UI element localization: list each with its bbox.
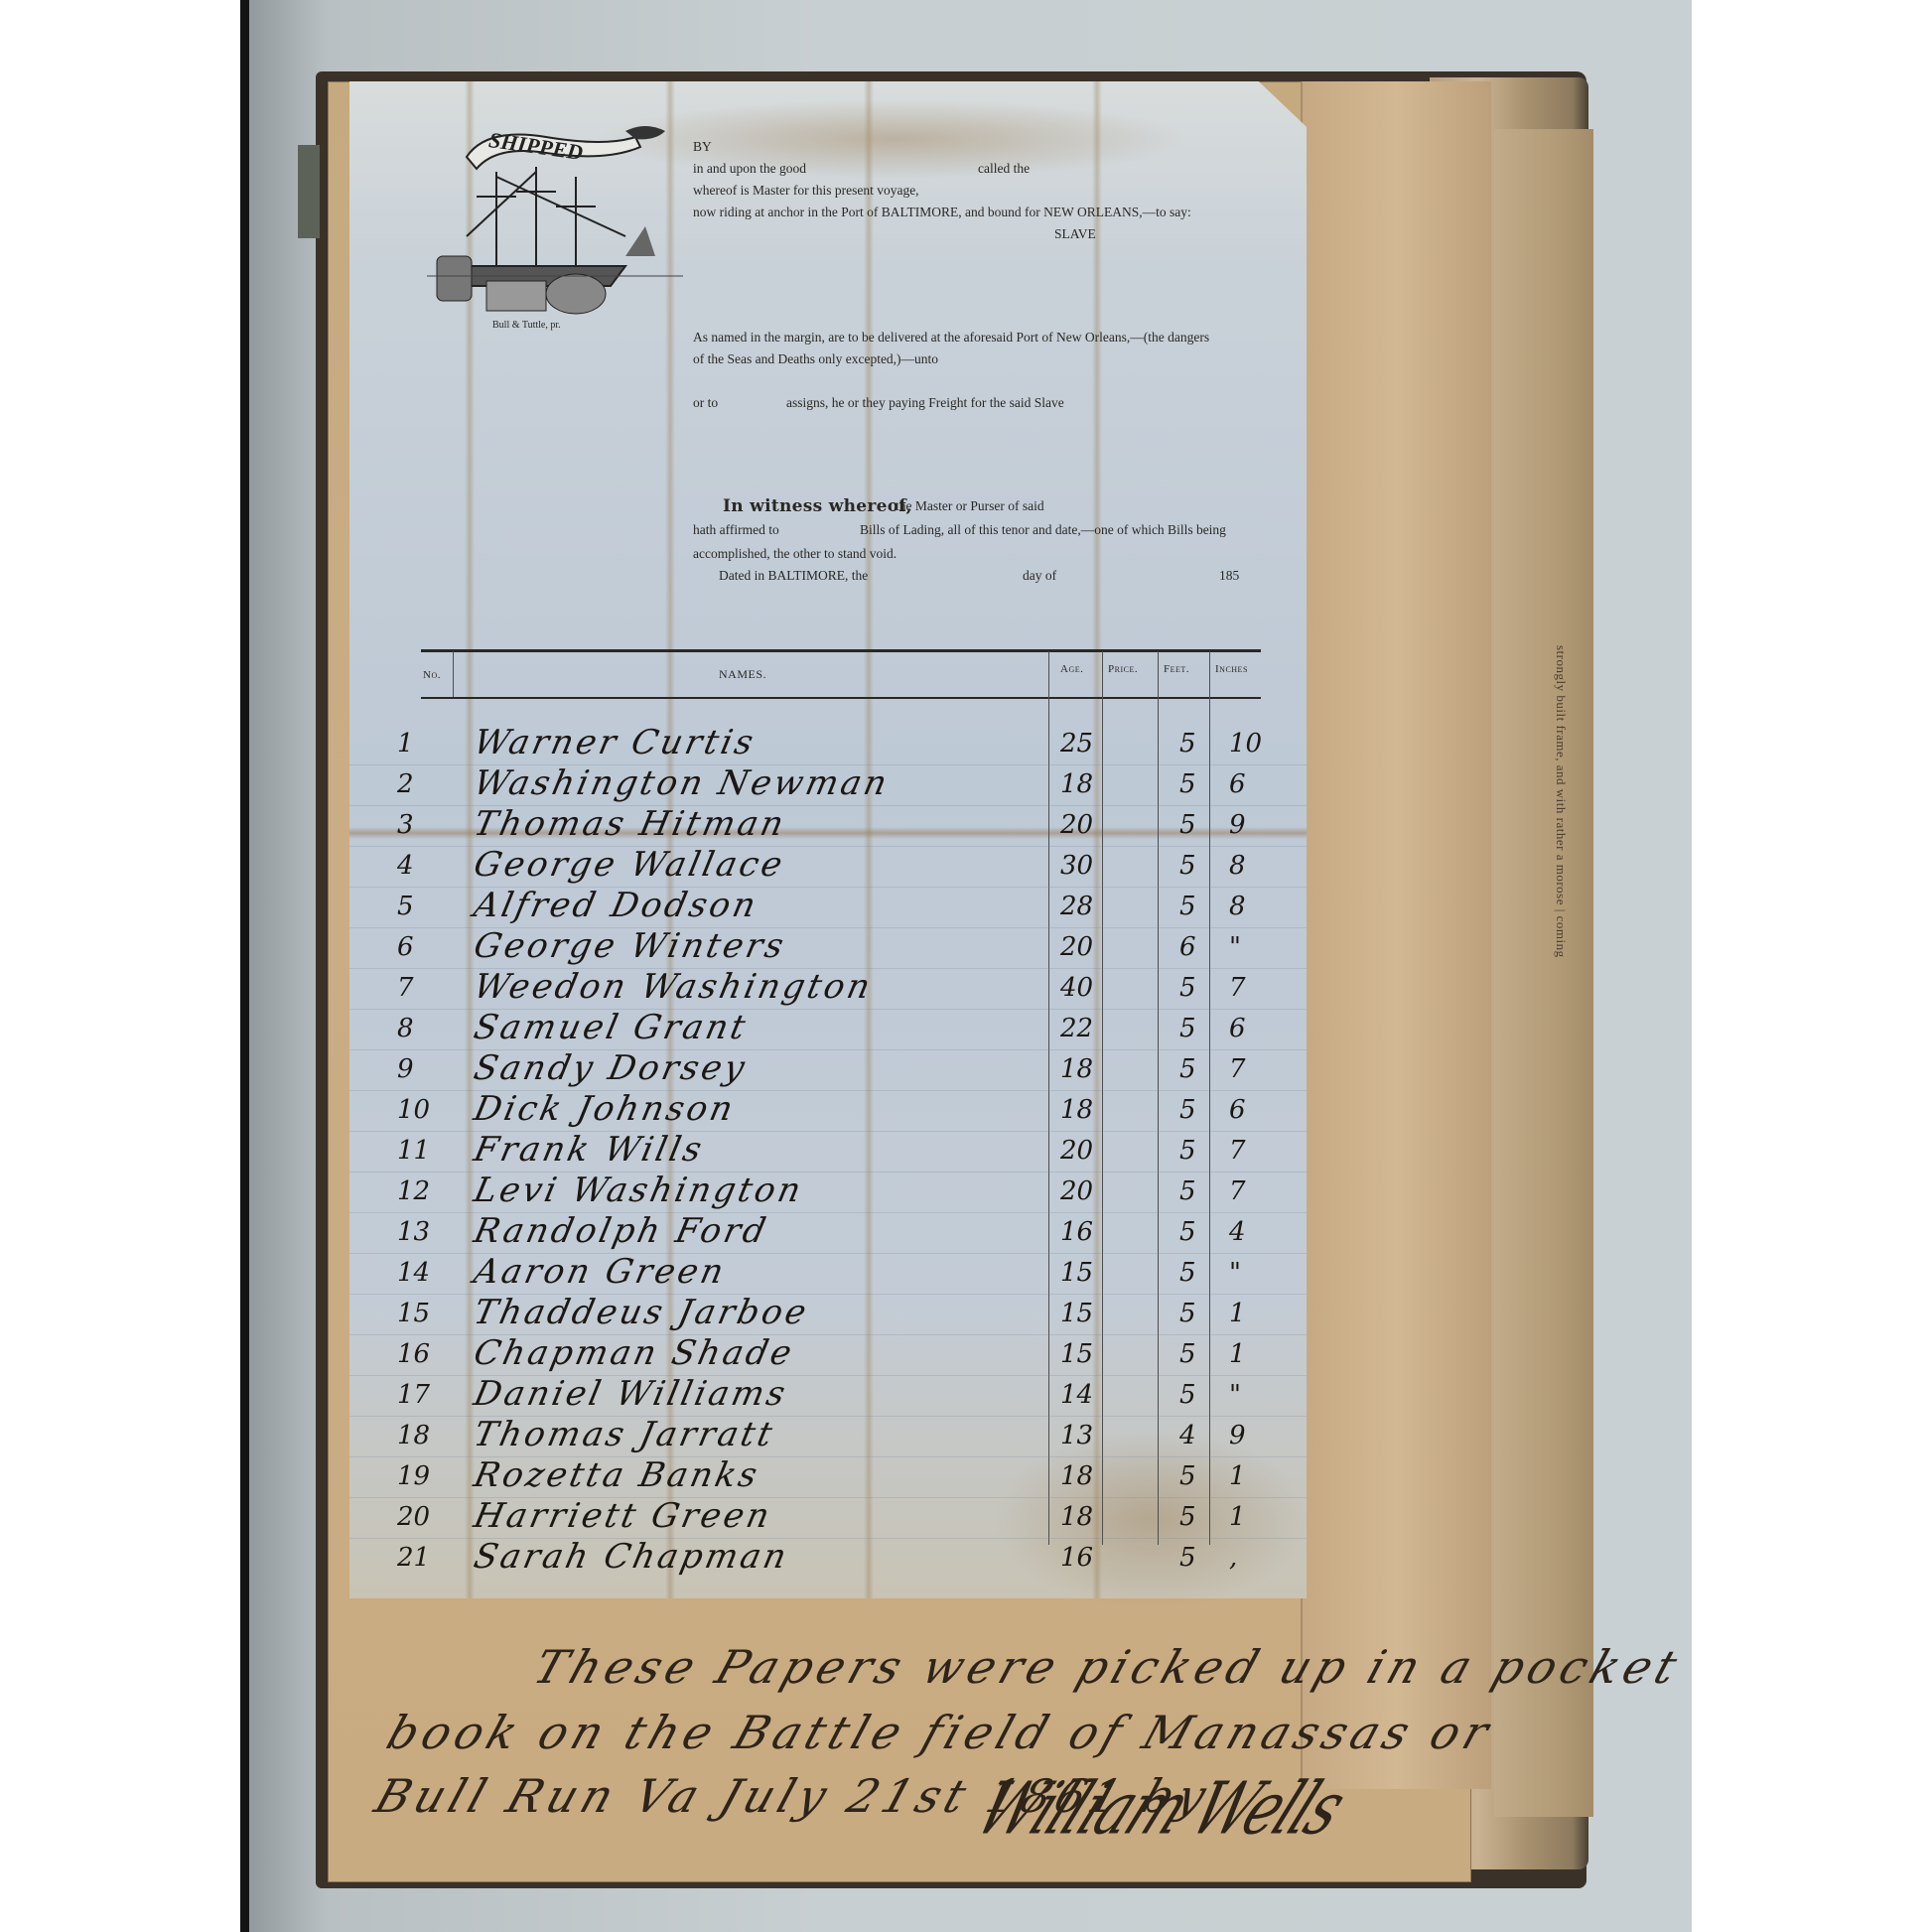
form-line-1a: in and upon the good xyxy=(693,161,806,177)
table-row: 2Washington Newman1856 xyxy=(397,763,1291,803)
water-stain xyxy=(596,99,1191,179)
dated-line-a: Dated in BALTIMORE, the xyxy=(719,568,868,584)
tape-fragment xyxy=(298,145,320,238)
table-row: 18Thomas Jarratt1349 xyxy=(397,1415,1291,1454)
svg-text:SHIPPED: SHIPPED xyxy=(487,127,585,165)
header-feet: Feet. xyxy=(1164,663,1189,675)
signature: William Wells xyxy=(963,1767,1357,1852)
table-row: 10Dick Johnson1856 xyxy=(397,1089,1291,1129)
spine-newsprint-text: strongly built frame, and with rather a … xyxy=(1549,645,1569,983)
form-line-1b: called the xyxy=(978,161,1030,177)
note-line-1: These Papers were picked up in a pocket xyxy=(527,1640,1688,1694)
form-slave: SLAVE xyxy=(1054,226,1096,242)
header-age: Age. xyxy=(1060,663,1083,675)
form-line-2: whereof is Master for this present voyag… xyxy=(693,183,919,199)
table-row: 19Rozetta Banks1851 xyxy=(397,1455,1291,1495)
ship-engraving-icon: SHIPPED xyxy=(427,117,683,316)
table-row: 9Sandy Dorsey1857 xyxy=(397,1048,1291,1088)
table-row: 16Chapman Shade1551 xyxy=(397,1333,1291,1373)
table-row: 14Aaron Green155" xyxy=(397,1252,1291,1292)
table-row: 8Samuel Grant2256 xyxy=(397,1008,1291,1047)
witness-line-c: accomplished, the other to stand void. xyxy=(693,546,897,562)
form-line-5: of the Seas and Deaths only excepted,)—u… xyxy=(693,351,938,367)
printer-credit: Bull & Tuttle, pr. xyxy=(492,320,561,331)
table-row: 17Daniel Williams145" xyxy=(397,1374,1291,1414)
table-row: 6George Winters206" xyxy=(397,926,1291,966)
header-names: NAMES. xyxy=(719,667,766,682)
table-row: 7Weedon Washington4057 xyxy=(397,967,1291,1007)
form-line-4: As named in the margin, are to be delive… xyxy=(693,330,1209,345)
table-top-rule xyxy=(421,649,1261,652)
table-row: 1Warner Curtis25510 xyxy=(397,723,1291,762)
witness-line-b1: hath affirmed to xyxy=(693,522,779,538)
table-row: 15Thaddeus Jarboe1551 xyxy=(397,1293,1291,1332)
witness-line-b2: Bills of Lading, all of this tenor and d… xyxy=(860,522,1226,538)
table-header-rule xyxy=(421,697,1261,699)
header-no: No. xyxy=(423,669,441,681)
table-row: 20Harriett Green1851 xyxy=(397,1496,1291,1536)
newsprint-strip xyxy=(1494,129,1593,1817)
table-row: 3Thomas Hitman2059 xyxy=(397,804,1291,844)
dated-line-c: 185 xyxy=(1219,568,1239,584)
header-price: Price. xyxy=(1108,663,1138,675)
manila-fold-strip xyxy=(1301,81,1491,1789)
form-line-3: now riding at anchor in the Port of BALT… xyxy=(693,205,1191,220)
table-row: 12Levi Washington2057 xyxy=(397,1171,1291,1210)
form-line-6b: assigns, he or they paying Freight for t… xyxy=(786,395,1064,411)
table-row: 11Frank Wills2057 xyxy=(397,1130,1291,1170)
table-row: 13Randolph Ford1654 xyxy=(397,1211,1291,1251)
form-by: BY xyxy=(693,139,712,155)
witness-line-a: the Master or Purser of said xyxy=(896,498,1044,514)
form-line-6a: or to xyxy=(693,395,718,411)
witness-heading: In witness whereof, xyxy=(723,496,912,516)
note-line-2: book on the Battle field of Manassas or xyxy=(380,1706,1500,1759)
table-row: 21Sarah Chapman165, xyxy=(397,1537,1291,1577)
table-divider xyxy=(453,651,454,697)
header-inches: Inches xyxy=(1215,663,1248,675)
table-row: 5Alfred Dodson2858 xyxy=(397,886,1291,925)
scanner-edge xyxy=(240,0,249,1932)
table-row: 4George Wallace3058 xyxy=(397,845,1291,885)
dated-line-b: day of xyxy=(1023,568,1056,584)
